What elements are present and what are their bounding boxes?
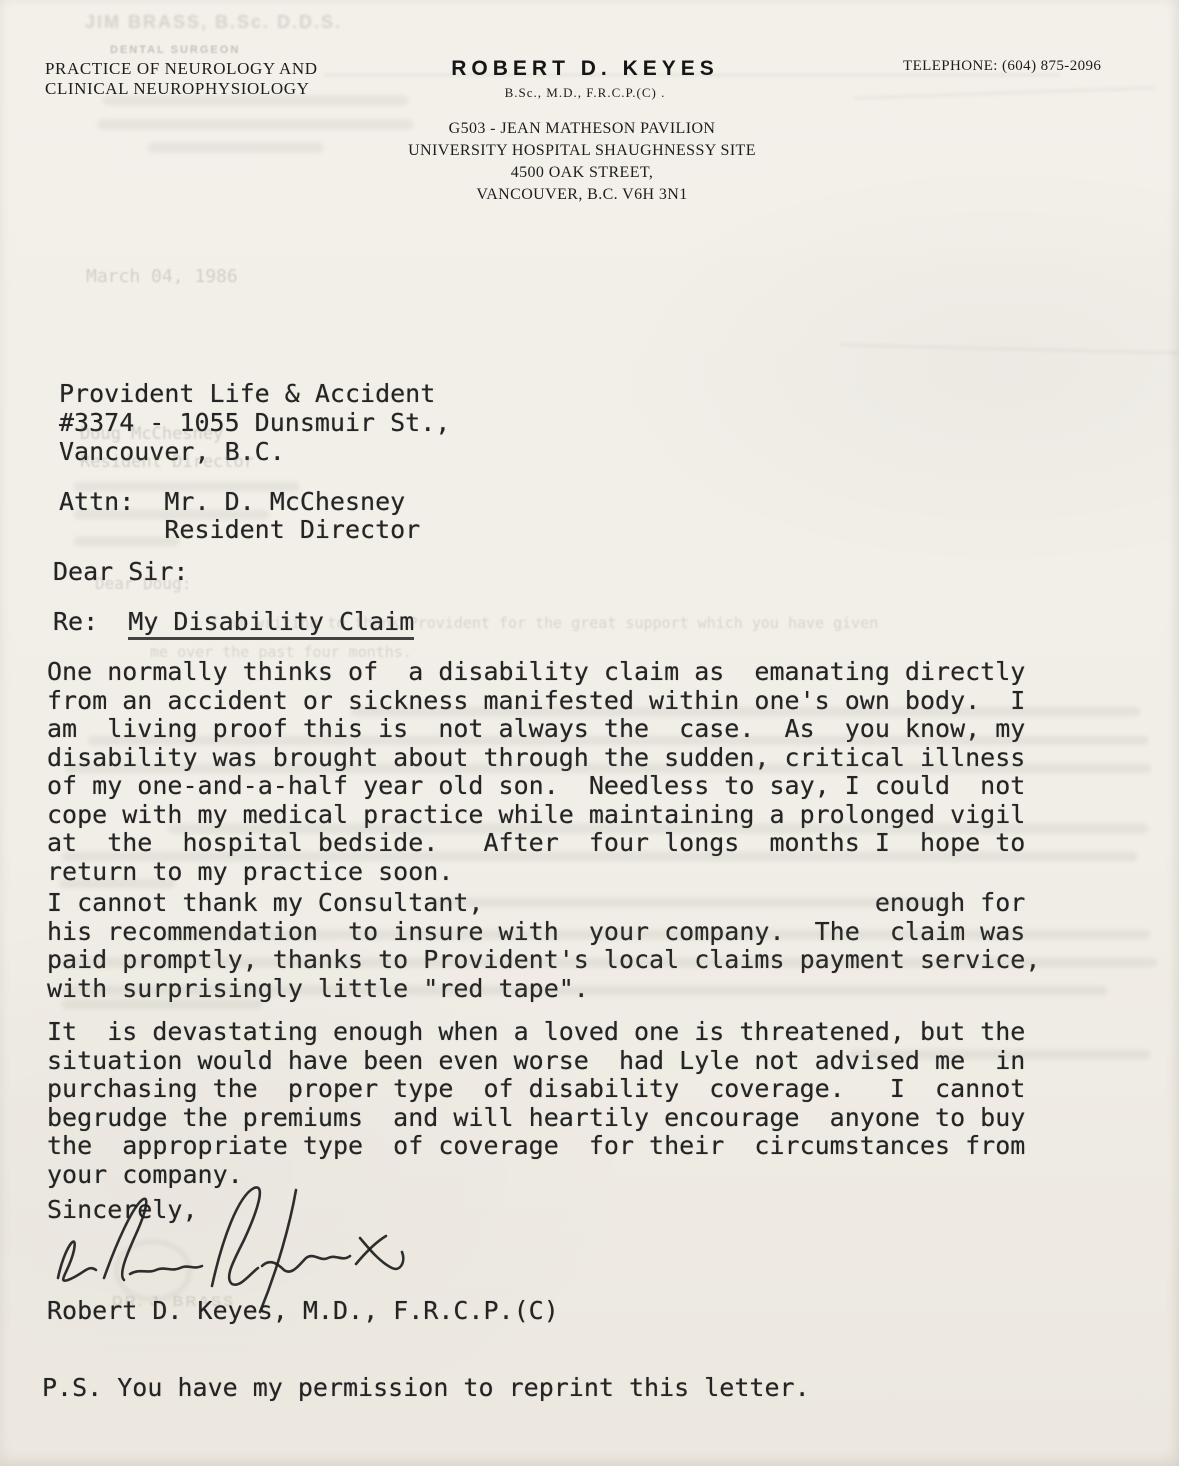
letterhead-practice-line1: PRACTICE OF NEUROLOGY AND <box>45 59 318 79</box>
letterhead-practice-line2: CLINICAL NEUROPHYSIOLOGY <box>45 79 318 99</box>
attn-block: Attn: Mr. D. McChesney Resident Director <box>59 488 420 544</box>
ghost-recipient-title: Resident Director <box>80 452 254 472</box>
bleed-through-line <box>62 852 1137 861</box>
letterhead-address-line2: UNIVERSITY HOSPITAL SHAUGHNESSY SITE <box>408 140 756 162</box>
bleed-through-line <box>62 958 1157 967</box>
bleed-through-line <box>62 986 1107 995</box>
letterhead-address-line4: VANCOUVER, B.C. V6H 3N1 <box>408 184 756 206</box>
ghost-salutation: Dear Doug: <box>95 574 191 593</box>
ghost-recipient-name: Doug McChesney <box>80 424 223 444</box>
bleed-through-line <box>165 930 1150 939</box>
subject-prefix: Re: <box>53 607 128 636</box>
ghost-header-subtitle: DENTAL SURGEON <box>110 44 240 56</box>
bleed-through-line <box>350 707 1140 716</box>
paragraph-3: It is devastating enough when a loved on… <box>47 1018 1025 1189</box>
letterhead-credentials: B.Sc., M.D., F.R.C.P.(C) . <box>505 85 666 101</box>
scanned-letter-page: JIM BRASS, B.Sc. D.D.S. DENTAL SURGEON P… <box>0 0 1179 1466</box>
bleed-through-line <box>168 824 1148 833</box>
bleed-through-line <box>98 120 413 129</box>
bleed-through-line <box>60 879 175 888</box>
ghost-date: March 04, 1986 <box>86 266 238 287</box>
bleed-through-line <box>66 764 1151 773</box>
bleed-through-line <box>148 143 323 152</box>
letterhead-telephone: TELEPHONE: (604) 875-2096 <box>903 58 1101 75</box>
fold-crease <box>855 87 1155 99</box>
postscript: P.S. You have my permission to reprint t… <box>42 1374 810 1403</box>
letterhead-practice: PRACTICE OF NEUROLOGY AND CLINICAL NEURO… <box>45 59 318 99</box>
letterhead-address-line1: G503 - JEAN MATHESON PAVILION <box>408 118 756 140</box>
fold-crease <box>840 344 1179 354</box>
bleed-through-line <box>430 898 950 907</box>
letterhead-address-line3: 4500 OAK STREET, <box>408 162 756 184</box>
bleed-through-line <box>88 736 1148 745</box>
letterhead-doctor-name: ROBERT D. KEYES <box>451 57 719 81</box>
ghost-body-line1: I am writing to thank Provident for the … <box>210 614 878 632</box>
bleed-through-line <box>62 1000 262 1009</box>
typed-signature-name: Robert D. Keyes, M.D., F.R.C.P.(C) <box>47 1297 559 1326</box>
ghost-header-name: JIM BRASS, B.Sc. D.D.S. <box>85 12 342 33</box>
letterhead-address: G503 - JEAN MATHESON PAVILION UNIVERSITY… <box>408 118 756 206</box>
